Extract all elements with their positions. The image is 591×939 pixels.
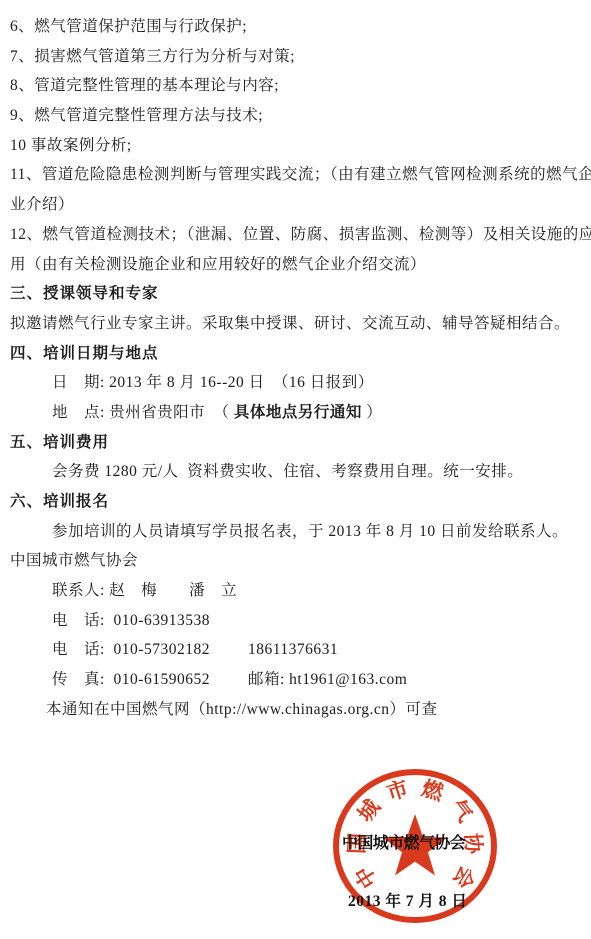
contact-person-line: 联系人: 赵 梅 潘 立 (10, 576, 588, 606)
agenda-item-text: 6、燃气管道保护范围与行政保护; (10, 18, 247, 35)
signature-date: 2013 年 7 月 8 日 (348, 889, 467, 911)
agenda-item-text: 12、燃气管道检测技术；（泄漏、位置、防腐、损害监测、检测等）及相关设施的应 (10, 226, 591, 243)
organization-name-line: 中国城市燃气协会 (10, 546, 588, 576)
signature-organization: 中国城市燃气协会 (342, 830, 465, 853)
phone-line-2: 电 话: 010-5730218218611376631 (10, 635, 588, 665)
website-note-line: 本通知在中国燃气网（http://www.chinagas.org.cn）可查 (10, 695, 588, 725)
agenda-item-7: 7、损害燃气管道第三方行为分析与对策; (10, 42, 588, 72)
fax-line: 传 真: 010-61590652邮箱: ht1961@163.com (10, 665, 588, 695)
section-heading-text: 五、培训费用 (10, 434, 109, 451)
email-address: 邮箱: ht1961@163.com (248, 665, 407, 695)
body-text: 参加培训的人员请填写学员报名表，于 2013 年 8 月 10 日前发给联系人。 (52, 523, 568, 540)
phone-line-1: 电 话: 010-63913538 (10, 606, 588, 636)
agenda-item-8: 8、管道完整性管理的基本理论与内容; (10, 71, 588, 101)
section-heading-registration: 六、培训报名 (10, 487, 588, 517)
notice-document-page: 6、燃气管道保护范围与行政保护; 7、损害燃气管道第三方行为分析与对策; 8、管… (0, 0, 591, 939)
body-text: 会务费 1280 元/人 资料费实收、住宿、考察费用自理。统一安排。 (52, 463, 523, 480)
schedule-date-line: 日 期: 2013 年 8 月 16--20 日 （16 日报到） (10, 368, 588, 398)
seal-arc-char: 中 (350, 862, 382, 893)
fee-description: 会务费 1280 元/人 资料费实收、住宿、考察费用自理。统一安排。 (10, 457, 588, 487)
section-heading-instructors: 三、授课领导和专家 (10, 279, 588, 309)
seal-arc-char: 燃 (418, 776, 447, 806)
contact-names: 联系人: 赵 梅 潘 立 (52, 582, 237, 599)
agenda-item-text: 用（由有关检测设施企业和应用较好的燃气企业介绍交流） (10, 256, 426, 273)
seal-arc-char: 会 (448, 862, 480, 893)
phone-number: 电 话: 010-57302182 (52, 641, 210, 658)
organization-name: 中国城市燃气协会 (10, 552, 138, 569)
agenda-item-6: 6、燃气管道保护范围与行政保护; (10, 12, 588, 42)
section-heading-text: 六、培训报名 (10, 493, 109, 510)
agenda-item-text: 8、管道完整性管理的基本理论与内容; (10, 77, 279, 94)
agenda-item-9: 9、燃气管道完整性管理方法与技术; (10, 101, 588, 131)
mobile-number: 18611376631 (248, 635, 338, 665)
section-heading-fee: 五、培训费用 (10, 428, 588, 458)
fax-number: 传 真: 010-61590652 (52, 671, 210, 688)
agenda-item-12-continuation: 用（由有关检测设施企业和应用较好的燃气企业介绍交流） (10, 250, 588, 280)
registration-description: 参加培训的人员请填写学员报名表，于 2013 年 8 月 10 日前发给联系人。 (10, 517, 588, 547)
body-text: 地 点: 贵州省贵阳市 （ (52, 404, 234, 421)
schedule-location-line: 地 点: 贵州省贵阳市 （ 具体地点另行通知 ） (10, 398, 588, 428)
instructors-description: 拟邀请燃气行业专家主讲。采取集中授课、研讨、交流互动、辅导答疑相结合。 (10, 309, 588, 339)
agenda-item-11: 11、管道危险隐患检测判断与管理实践交流；（由有建立燃气管网检测系统的燃气企 (10, 160, 588, 190)
body-text: 拟邀请燃气行业专家主讲。采取集中授课、研讨、交流互动、辅导答疑相结合。 (10, 315, 570, 332)
agenda-item-text: 7、损害燃气管道第三方行为分析与对策; (10, 48, 295, 65)
phone-number: 电 话: 010-63913538 (52, 612, 210, 629)
agenda-item-11-continuation: 业介绍） (10, 190, 588, 220)
agenda-item-text: 10 事故案例分析; (10, 137, 132, 154)
section-heading-schedule: 四、培训日期与地点 (10, 339, 588, 369)
body-text: ） (362, 404, 382, 421)
agenda-item-text: 11、管道危险隐患检测判断与管理实践交流；（由有建立燃气管网检测系统的燃气企 (10, 166, 591, 183)
seal-arc-char: 市 (384, 776, 411, 805)
agenda-item-10: 10 事故案例分析; (10, 131, 588, 161)
agenda-item-text: 业介绍） (10, 196, 74, 213)
seal-arc-char: 气 (445, 795, 477, 826)
website-note-text: 本通知在中国燃气网（http://www.chinagas.org.cn）可查 (46, 701, 437, 718)
location-note-bold: 具体地点另行通知 (234, 404, 362, 421)
document-body: 6、燃气管道保护范围与行政保护; 7、损害燃气管道第三方行为分析与对策; 8、管… (10, 12, 588, 725)
agenda-item-12: 12、燃气管道检测技术；（泄漏、位置、防腐、损害监测、检测等）及相关设施的应 (10, 220, 588, 250)
agenda-item-text: 9、燃气管道完整性管理方法与技术; (10, 107, 263, 124)
section-heading-text: 三、授课领导和专家 (10, 285, 159, 302)
section-heading-text: 四、培训日期与地点 (10, 345, 159, 362)
body-text: 日 期: 2013 年 8 月 16--20 日 （16 日报到） (52, 374, 374, 391)
